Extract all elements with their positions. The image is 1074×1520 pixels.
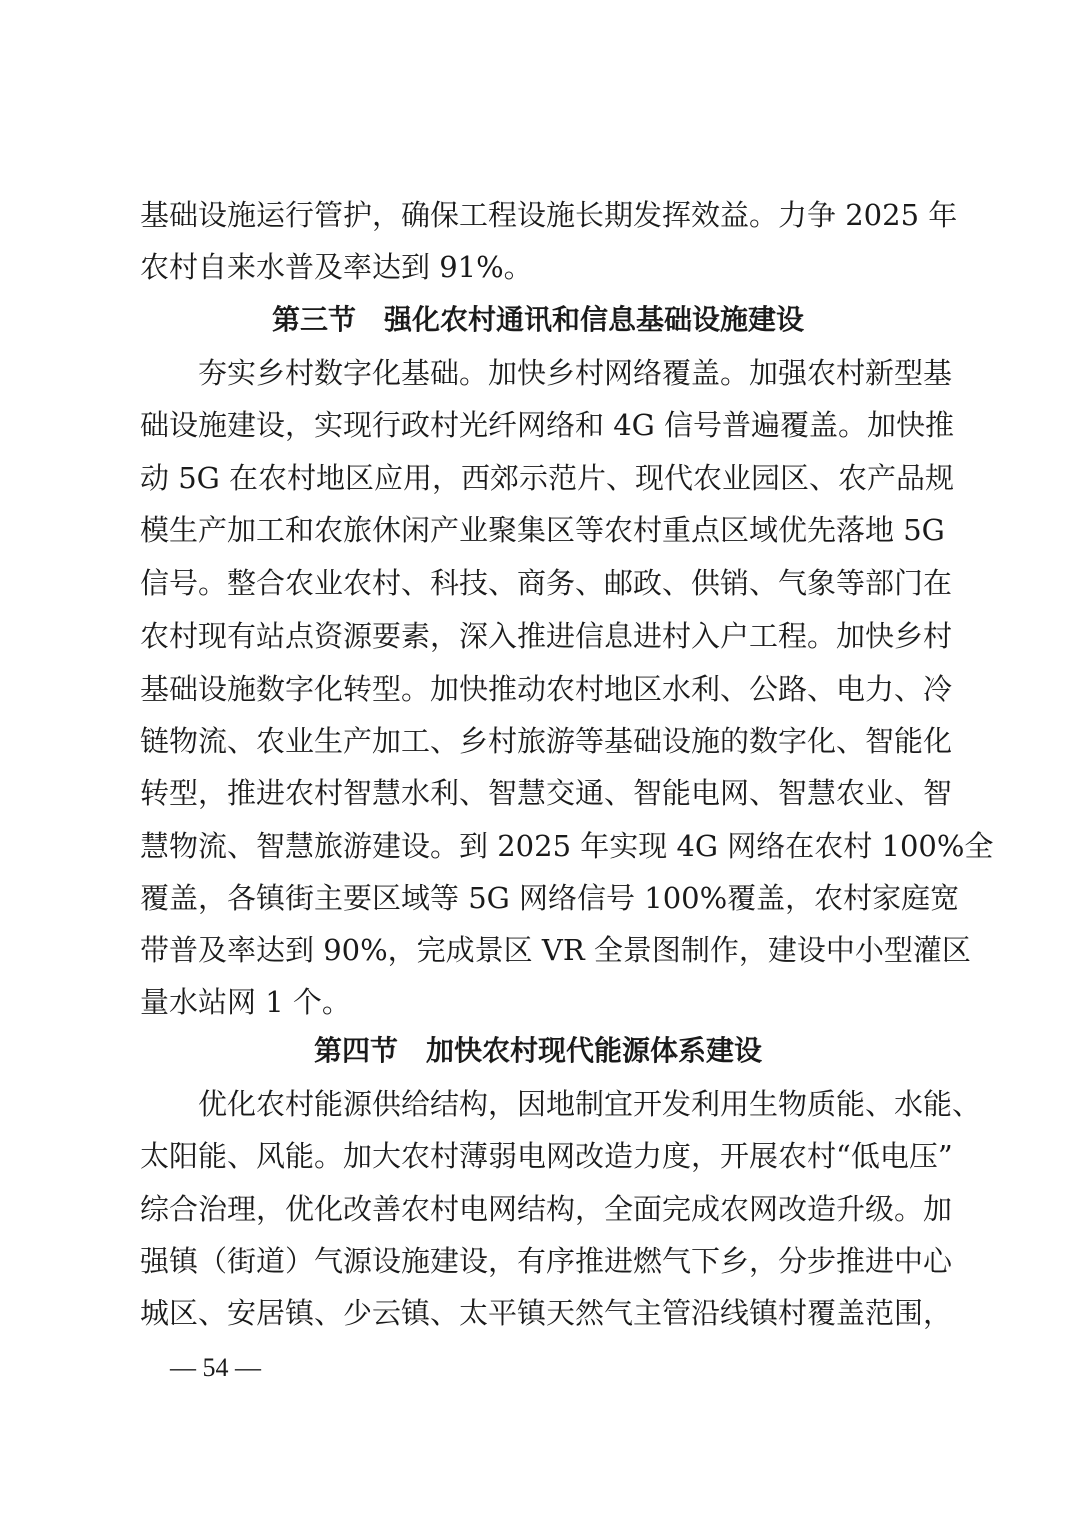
body-text-line: 优化农村能源供给结构，因地制宜开发利用生物质能、水能、 [198, 1078, 936, 1130]
body-text-line: 覆盖，各镇街主要区域等 5G 网络信号 100%覆盖，农村家庭宽 [140, 872, 936, 924]
body-text-line: 基础设施运行管护，确保工程设施长期发挥效益。力争 2025 年 [140, 189, 936, 241]
body-text-line: 太阳能、风能。加大农村薄弱电网改造力度，开展农村“低电压” [140, 1130, 936, 1182]
body-text-line: 综合治理，优化改善农村电网结构，全面完成农网改造升级。加 [140, 1183, 936, 1235]
body-text-line: 模生产加工和农旅休闲产业聚集区等农村重点区域优先落地 5G [140, 504, 936, 556]
body-text-line: 基础设施数字化转型。加快推动农村地区水利、公路、电力、冷 [140, 663, 936, 715]
body-text-line: 转型，推进农村智慧水利、智慧交通、智能电网、智慧农业、智 [140, 767, 936, 819]
body-text-line: 础设施建设，实现行政村光纤网络和 4G 信号普遍覆盖。加快推 [140, 399, 936, 451]
body-text-line: 农村自来水普及率达到 91%。 [140, 241, 936, 293]
body-text-line: 动 5G 在农村地区应用，西郊示范片、现代农业园区、农产品规 [140, 452, 936, 504]
body-text-line: 慧物流、智慧旅游建设。到 2025 年实现 4G 网络在农村 100%全 [140, 820, 936, 872]
body-text-line: 信号。整合农业农村、科技、商务、邮政、供销、气象等部门在 [140, 557, 936, 609]
page-number: — 54 — [170, 1350, 261, 1386]
document-page: 基础设施运行管护，确保工程设施长期发挥效益。力争 2025 年 农村自来水普及率… [0, 0, 1074, 1520]
body-text-line: 量水站网 1 个。 [140, 976, 936, 1028]
body-text-line: 夯实乡村数字化基础。加快乡村网络覆盖。加强农村新型基 [198, 347, 936, 399]
body-text-line: 强镇（街道）气源设施建设，有序推进燃气下乡，分步推进中心 [140, 1235, 936, 1287]
body-text-line: 带普及率达到 90%，完成景区 VR 全景图制作，建设中小型灌区 [140, 924, 936, 976]
body-text-line: 链物流、农业生产加工、乡村旅游等基础设施的数字化、智能化 [140, 715, 936, 767]
section-heading-4: 第四节 加快农村现代能源体系建设 [140, 1025, 936, 1077]
body-text-line: 农村现有站点资源要素，深入推进信息进村入户工程。加快乡村 [140, 610, 936, 662]
body-text-line: 城区、安居镇、少云镇、太平镇天然气主管沿线镇村覆盖范围， [140, 1287, 936, 1339]
section-heading-3: 第三节 强化农村通讯和信息基础设施建设 [140, 294, 936, 346]
